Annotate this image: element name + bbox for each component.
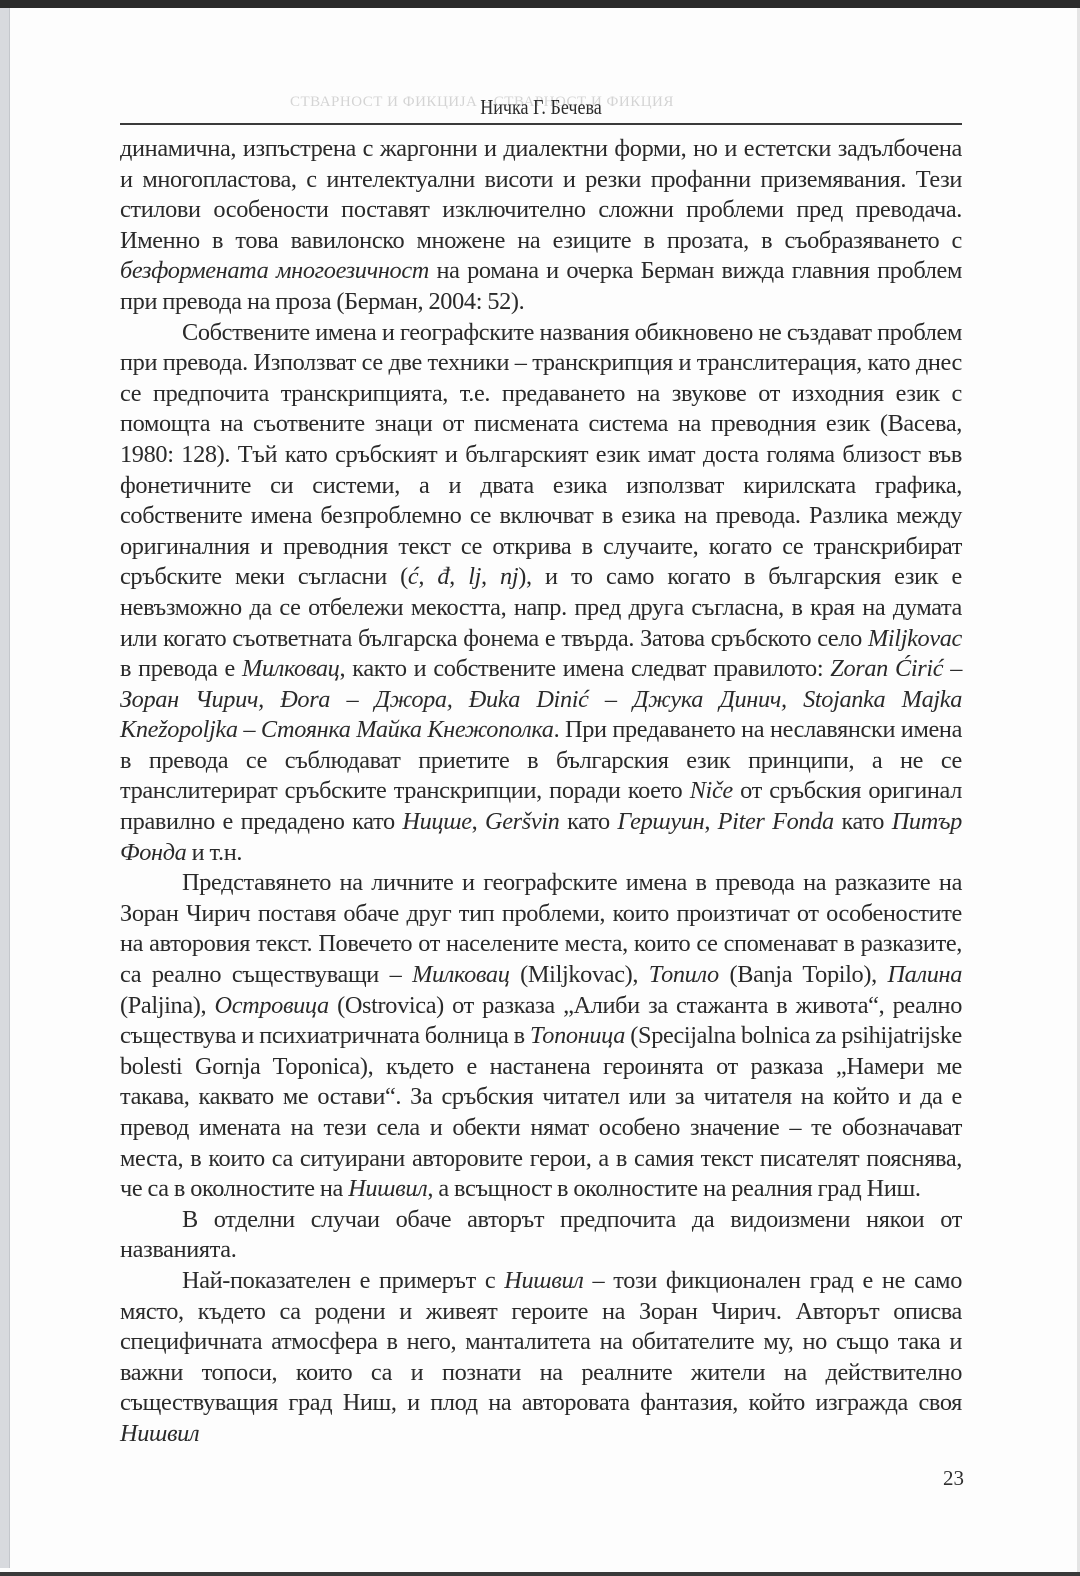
paragraph: Най-показателен е примерът с Нишвил – то… [120, 1266, 962, 1450]
text-run: Най-показателен е примерът с [182, 1267, 504, 1294]
running-head-author: Ничка Г. Бечева [179, 95, 903, 120]
text-run: Собствените имена и географските названи… [120, 319, 962, 591]
paragraph: Представянето на личните и географските … [120, 868, 962, 1205]
scan-top-edge [0, 0, 1080, 8]
scan-left-page-edge [0, 8, 10, 1568]
paragraph: динамична, изпъстрена с жаргонни и диале… [120, 134, 962, 318]
italic-text: Piter Fonda [718, 808, 834, 835]
body-text: динамична, изпъстрена с жаргонни и диале… [120, 134, 962, 1450]
italic-text: Милковац [412, 961, 509, 988]
text-run: (Miljkovac), [510, 961, 649, 988]
italic-text: Топило [649, 961, 719, 988]
italic-text: ć, đ, lj, nj [408, 563, 518, 590]
text-run: динамична, изпъстрена с жаргонни и диале… [120, 135, 962, 254]
text-run: , а всъщност в околностите на реалния гр… [427, 1175, 920, 1202]
italic-text: Милковац [242, 655, 339, 682]
page-number: 23 [930, 1466, 964, 1491]
text-run: , [704, 808, 717, 835]
text-run: и т.н. [186, 839, 242, 866]
text-run: като [834, 808, 892, 835]
italic-text: Niče [690, 777, 733, 804]
text-run: (Paljina), [120, 992, 215, 1019]
italic-text: Палина [887, 961, 962, 988]
italic-text: Нишвил [504, 1267, 583, 1294]
italic-text: Островица [215, 992, 329, 1019]
scan-bottom-edge [0, 1572, 1080, 1576]
italic-text: безформената многоезичност [120, 257, 429, 284]
text-run: в превода е [120, 655, 242, 682]
italic-text: Гершуин [617, 808, 704, 835]
text-run: , както и собствените имена следват прав… [339, 655, 830, 682]
header-rule [120, 123, 962, 125]
italic-text: Miljkovac [868, 625, 962, 652]
paragraph: В отделни случаи обаче авторът предпочит… [120, 1205, 962, 1266]
italic-text: Нишвил [120, 1420, 199, 1447]
text-run: В отделни случаи обаче авторът предпочит… [120, 1206, 962, 1264]
italic-text: Топоница [530, 1022, 625, 1049]
italic-text: Geršvin [485, 808, 559, 835]
italic-text: Нишвил [348, 1175, 427, 1202]
text-run: (Banja Topilo), [719, 961, 888, 988]
paragraph: Собствените имена и географските названи… [120, 318, 962, 869]
italic-text: Ницше [402, 808, 471, 835]
text-run: , [472, 808, 485, 835]
text-run: като [559, 808, 617, 835]
